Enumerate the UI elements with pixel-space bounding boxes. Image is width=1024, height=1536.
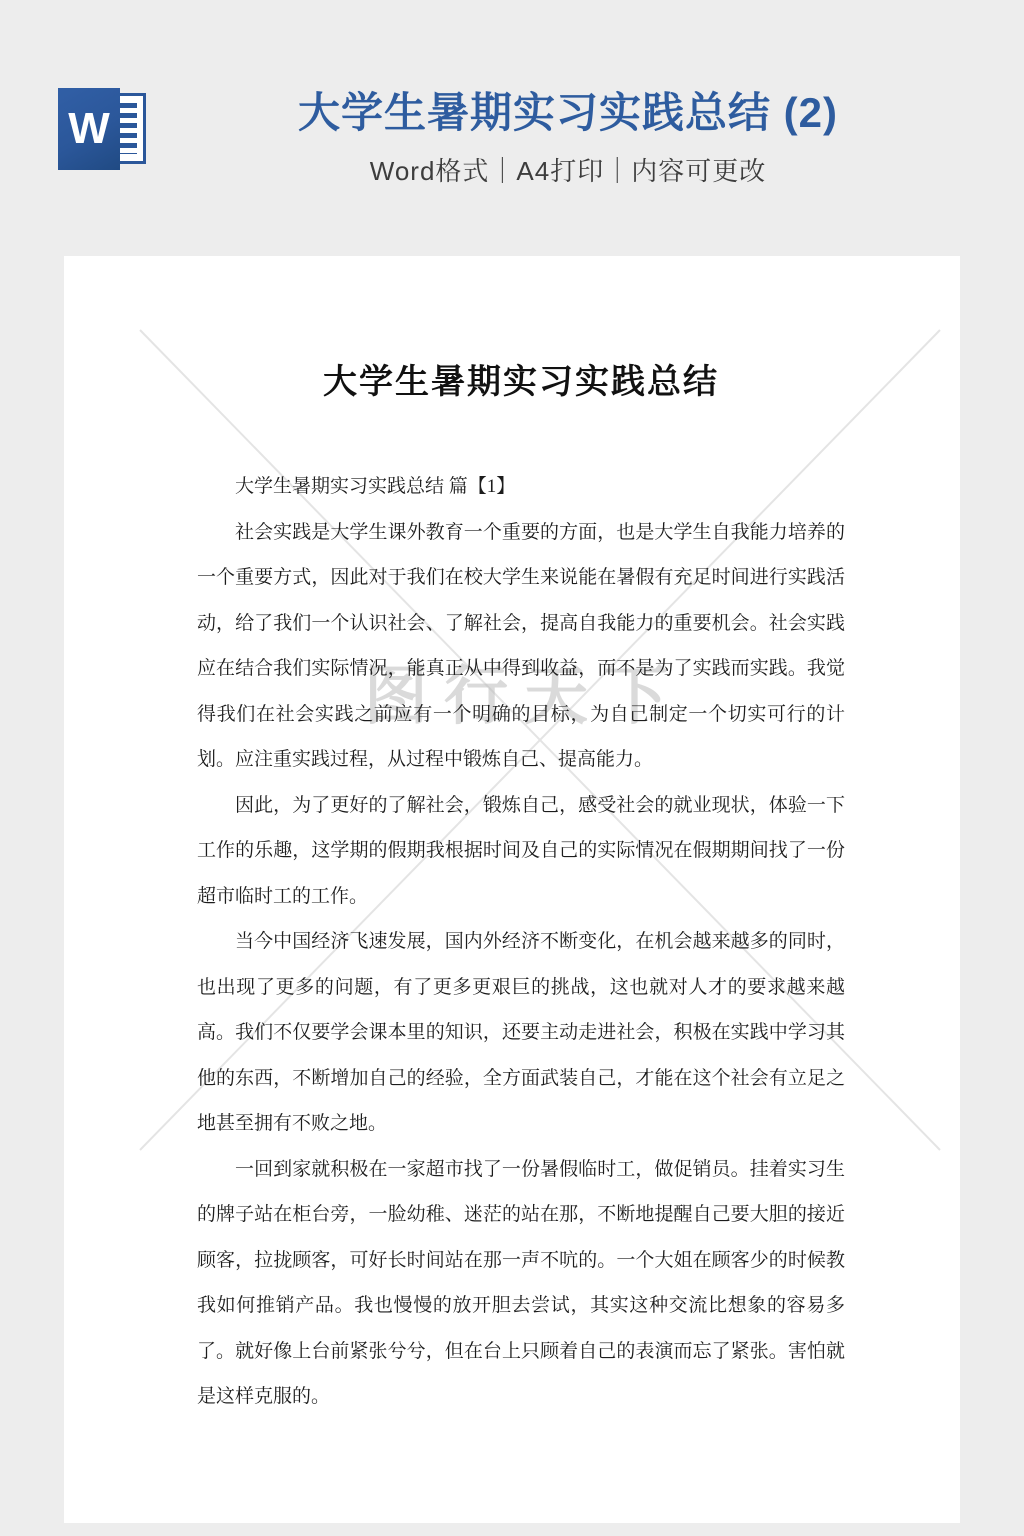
document-content: 大学生暑期实习实践总结 大学生暑期实习实践总结 篇【1】社会实践是大学生课外教育…: [197, 256, 845, 1420]
header-text: 大学生暑期实习实践总结 (2) Word格式｜A4打印｜内容可更改: [160, 88, 976, 188]
document-page: 图行天下 大学生暑期实习实践总结 大学生暑期实习实践总结 篇【1】社会实践是大学…: [64, 256, 960, 1523]
word-w-letter: W: [68, 107, 110, 151]
template-title: 大学生暑期实习实践总结 (2): [160, 88, 976, 138]
document-title: 大学生暑期实习实践总结: [197, 362, 845, 404]
paragraph: 因此，为了更好的了解社会，锻炼自己，感受社会的就业现状，体验一下工作的乐趣，这学…: [197, 783, 845, 920]
word-logo-icon: W: [58, 88, 150, 170]
template-subtitle: Word格式｜A4打印｜内容可更改: [160, 151, 976, 188]
word-w-badge-icon: W: [58, 88, 120, 170]
paragraph: 大学生暑期实习实践总结 篇【1】: [197, 464, 845, 510]
paragraph: 当今中国经济飞速发展，国内外经济不断变化，在机会越来越多的同时，也出现了更多的问…: [197, 919, 845, 1147]
header: W 大学生暑期实习实践总结 (2) Word格式｜A4打印｜内容可更改: [0, 88, 1024, 198]
document-paragraphs: 大学生暑期实习实践总结 篇【1】社会实践是大学生课外教育一个重要的方面，也是大学…: [197, 464, 845, 1420]
paragraph: 社会实践是大学生课外教育一个重要的方面，也是大学生自我能力培养的一个重要方式，因…: [197, 510, 845, 783]
paragraph: 一回到家就积极在一家超市找了一份暑假临时工，做促销员。挂着实习生的牌子站在柜台旁…: [197, 1147, 845, 1420]
